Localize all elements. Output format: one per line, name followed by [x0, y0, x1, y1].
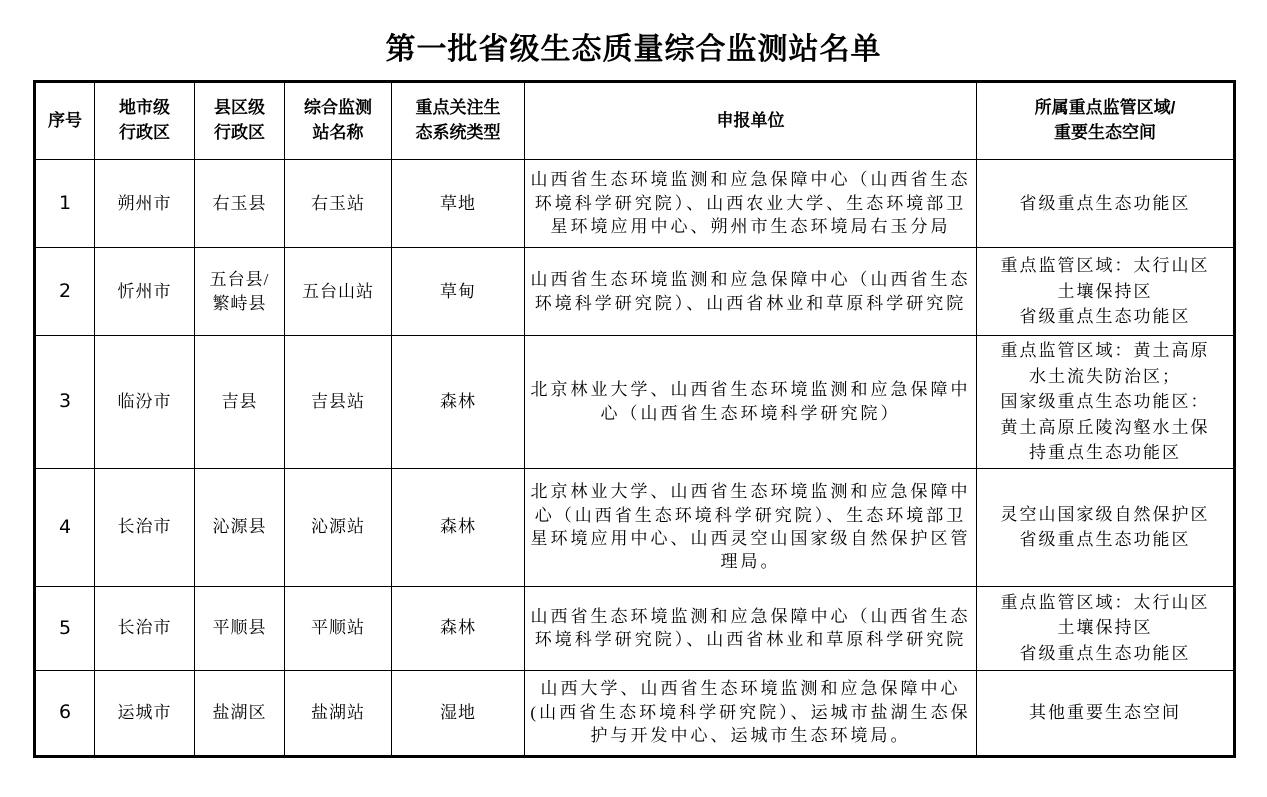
cell-county: 平顺县 [195, 586, 285, 670]
cell-county: 吉县 [195, 336, 285, 469]
header-ecosystem: 重点关注生 态系统类型 [392, 82, 525, 160]
cell-applicants: 山西大学、山西省生态环境监测和应急保障中心(山西省生态环境科学研究院）、运城市盐… [525, 670, 977, 756]
table-row: 3 临汾市 吉县 吉县站 森林 北京林业大学、山西省生态环境监测和应急保障中心（… [35, 336, 1235, 469]
header-serial: 序号 [35, 82, 95, 160]
header-county: 县区级 行政区 [195, 82, 285, 160]
header-zone: 所属重点监管区域/ 重要生态空间 [977, 82, 1235, 160]
cell-station: 吉县站 [285, 336, 392, 469]
cell-city: 运城市 [95, 670, 195, 756]
cell-serial: 2 [35, 248, 95, 336]
cell-ecosystem: 湿地 [392, 670, 525, 756]
table-row: 5 长治市 平顺县 平顺站 森林 山西省生态环境监测和应急保障中心（山西省生态环… [35, 586, 1235, 670]
cell-serial: 6 [35, 670, 95, 756]
cell-serial: 1 [35, 160, 95, 248]
cell-ecosystem: 草甸 [392, 248, 525, 336]
cell-station: 右玉站 [285, 160, 392, 248]
cell-applicants: 北京林业大学、山西省生态环境监测和应急保障中心（山西省生态环境科学研究院） [525, 336, 977, 469]
cell-ecosystem: 森林 [392, 468, 525, 586]
cell-applicants: 山西省生态环境监测和应急保障中心（山西省生态环境科学研究院）、山西省林业和草原科… [525, 248, 977, 336]
cell-county: 盐湖区 [195, 670, 285, 756]
cell-zone: 重点监管区域：太行山区 土壤保持区 省级重点生态功能区 [977, 248, 1235, 336]
monitoring-stations-table: 序号 地市级 行政区 县区级 行政区 综合监测 站名称 重点关注生 态系统类型 … [33, 80, 1236, 758]
table-row: 4 长治市 沁源县 沁源站 森林 北京林业大学、山西省生态环境监测和应急保障中心… [35, 468, 1235, 586]
cell-serial: 4 [35, 468, 95, 586]
cell-serial: 5 [35, 586, 95, 670]
cell-zone: 重点监管区域：太行山区 土壤保持区 省级重点生态功能区 [977, 586, 1235, 670]
cell-city: 长治市 [95, 586, 195, 670]
cell-ecosystem: 森林 [392, 336, 525, 469]
cell-zone: 省级重点生态功能区 [977, 160, 1235, 248]
cell-ecosystem: 森林 [392, 586, 525, 670]
cell-city: 长治市 [95, 468, 195, 586]
cell-city: 忻州市 [95, 248, 195, 336]
cell-county: 沁源县 [195, 468, 285, 586]
document-page: 第一批省级生态质量综合监测站名单 序号 地市级 行政区 县区级 行政区 综合监测… [0, 0, 1267, 797]
header-station: 综合监测 站名称 [285, 82, 392, 160]
cell-applicants: 山西省生态环境监测和应急保障中心（山西省生态环境科学研究院）、山西农业大学、生态… [525, 160, 977, 248]
cell-serial: 3 [35, 336, 95, 469]
cell-ecosystem: 草地 [392, 160, 525, 248]
cell-applicants: 山西省生态环境监测和应急保障中心（山西省生态环境科学研究院）、山西省林业和草原科… [525, 586, 977, 670]
table-row: 2 忻州市 五台县/ 繁峙县 五台山站 草甸 山西省生态环境监测和应急保障中心（… [35, 248, 1235, 336]
cell-zone: 灵空山国家级自然保护区 省级重点生态功能区 [977, 468, 1235, 586]
cell-city: 朔州市 [95, 160, 195, 248]
cell-city: 临汾市 [95, 336, 195, 469]
cell-county: 五台县/ 繁峙县 [195, 248, 285, 336]
cell-county: 右玉县 [195, 160, 285, 248]
table-row: 6 运城市 盐湖区 盐湖站 湿地 山西大学、山西省生态环境监测和应急保障中心(山… [35, 670, 1235, 756]
cell-applicants: 北京林业大学、山西省生态环境监测和应急保障中心（山西省生态环境科学研究院）、生态… [525, 468, 977, 586]
header-city: 地市级 行政区 [95, 82, 195, 160]
header-applicants: 申报单位 [525, 82, 977, 160]
cell-station: 沁源站 [285, 468, 392, 586]
cell-station: 平顺站 [285, 586, 392, 670]
cell-station: 五台山站 [285, 248, 392, 336]
cell-zone: 其他重要生态空间 [977, 670, 1235, 756]
cell-zone: 重点监管区域：黄土高原 水土流失防治区； 国家级重点生态功能区： 黄土高原丘陵沟… [977, 336, 1235, 469]
page-title: 第一批省级生态质量综合监测站名单 [0, 24, 1267, 68]
header-row: 序号 地市级 行政区 县区级 行政区 综合监测 站名称 重点关注生 态系统类型 … [35, 82, 1235, 160]
cell-station: 盐湖站 [285, 670, 392, 756]
table-row: 1 朔州市 右玉县 右玉站 草地 山西省生态环境监测和应急保障中心（山西省生态环… [35, 160, 1235, 248]
